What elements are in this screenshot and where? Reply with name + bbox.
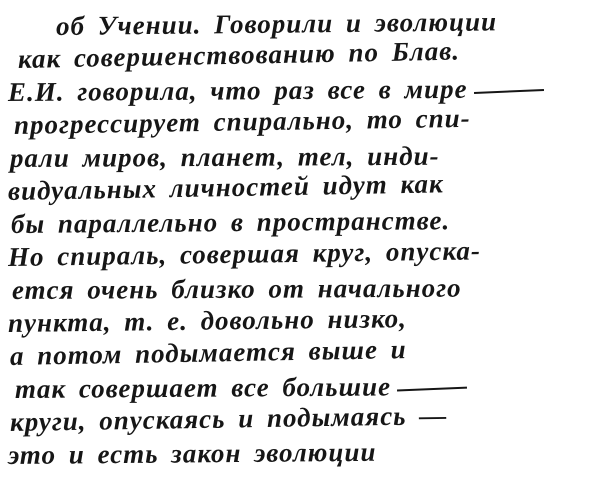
manuscript-line: это и есть закон эволюции <box>8 434 600 472</box>
manuscript-page: об Учении. Говорили и эволюции как совер… <box>0 0 600 495</box>
manuscript-line: Но спираль, совершая круг, опуска- <box>8 233 600 274</box>
